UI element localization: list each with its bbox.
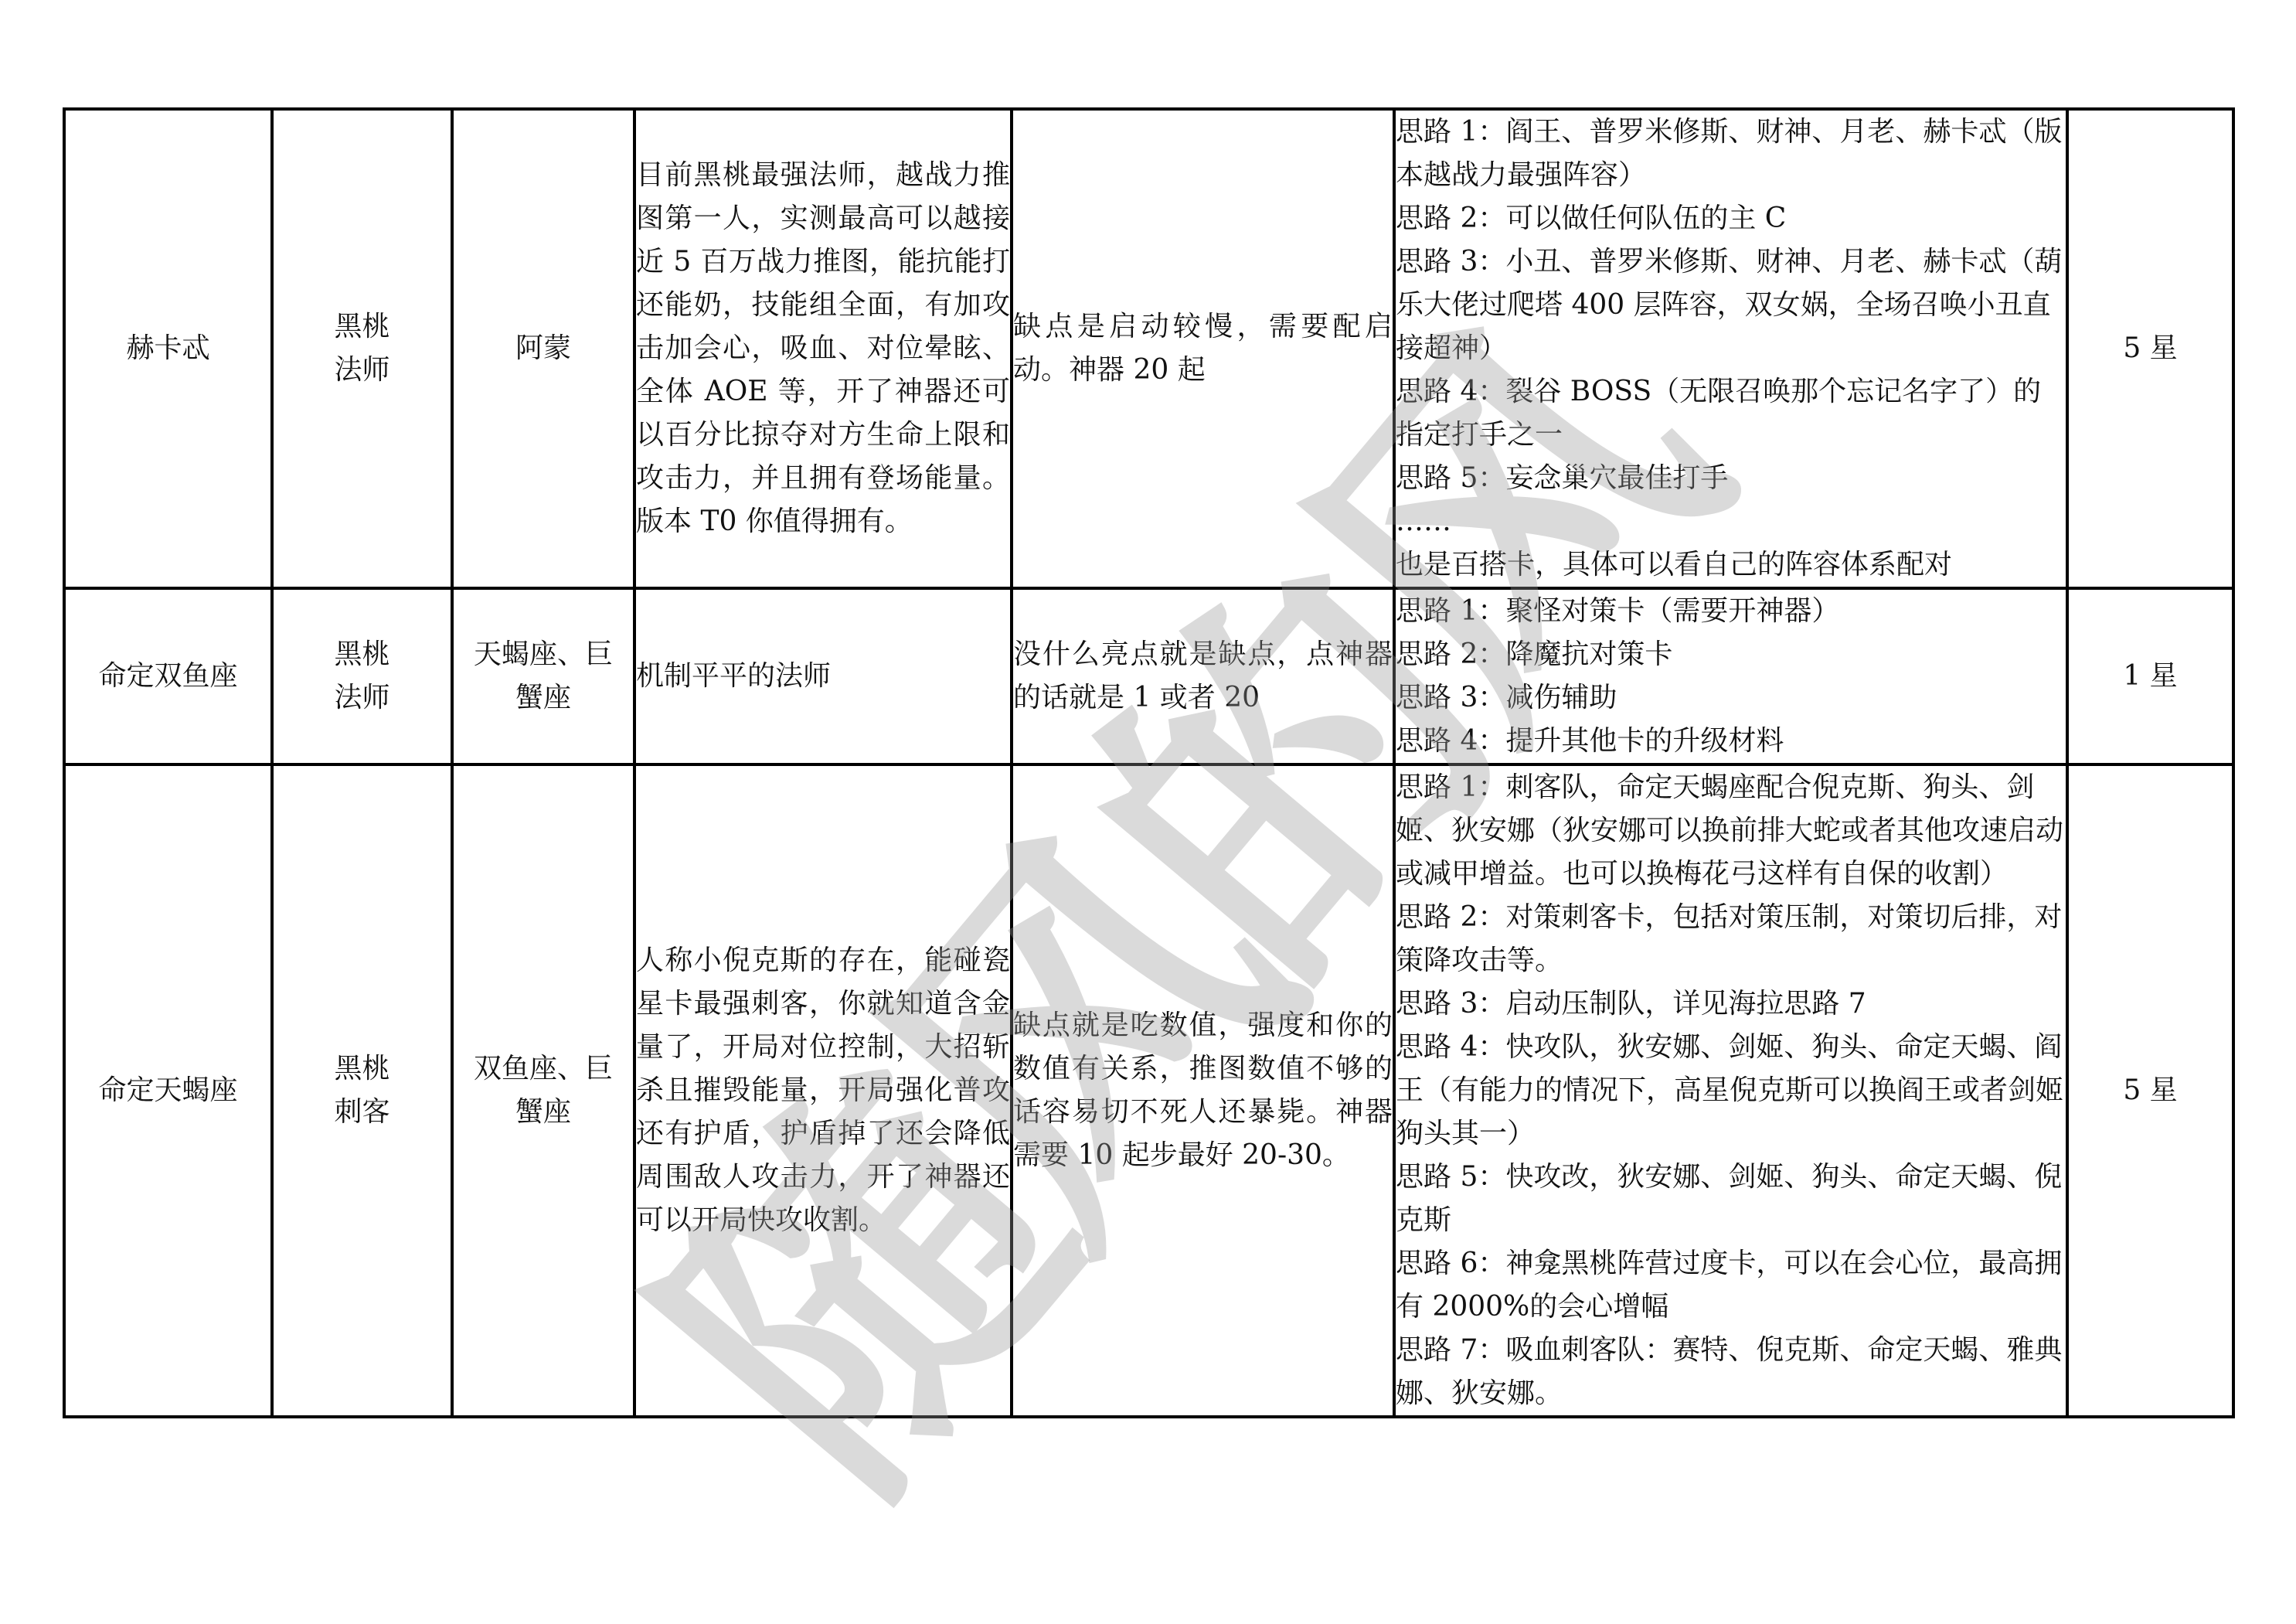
counter-cell: 天蝎座、巨 蟹座 <box>452 588 634 764</box>
idea-line: 也是百搭卡，具体可以看自己的阵容体系配对 <box>1396 543 2066 587</box>
card-name-cell: 赫卡忒 <box>64 109 272 588</box>
weaknesses-cell: 缺点就是吃数值，强度和你的数值有关系，推图数值不够的话容易切不死人还暴毙。神器需… <box>1012 764 1394 1417</box>
card-name-cell: 命定天蝎座 <box>64 764 272 1417</box>
idea-line: 思路 4：提升其他卡的升级材料 <box>1396 720 2066 763</box>
camp-cell: 黑桃 刺客 <box>272 764 452 1417</box>
document-page: 赫卡忒 黑桃 法师 阿蒙 目前黑桃最强法师，越战力推图第一人，实测最高可以越接近… <box>0 0 2296 1624</box>
camp-line: 法师 <box>274 676 451 720</box>
idea-line: 思路 4：裂谷 BOSS（无限召唤那个忘记名字了）的指定打手之一 <box>1396 370 2066 457</box>
idea-line: 思路 1：刺客队，命定天蝎座配合倪克斯、狗头、剑姬、狄安娜（狄安娜可以换前排大蛇… <box>1396 766 2066 896</box>
idea-line: 思路 2：可以做任何队伍的主 C <box>1396 197 2066 240</box>
table-row: 命定双鱼座 黑桃 法师 天蝎座、巨 蟹座 机制平平的法师 没什么亮点就是缺点，点… <box>64 588 2233 764</box>
counter-cell: 双鱼座、巨 蟹座 <box>452 764 634 1417</box>
counter-line: 双鱼座、巨 <box>454 1047 633 1091</box>
table-row: 命定天蝎座 黑桃 刺客 双鱼座、巨 蟹座 人称小倪克斯的存在，能碰瓷星卡最强刺客… <box>64 764 2233 1417</box>
idea-line: 思路 4：快攻队，狄安娜、剑姬、狗头、命定天蝎、阎王（有能力的情况下，高星倪克斯… <box>1396 1026 2066 1156</box>
camp-line: 刺客 <box>274 1091 451 1134</box>
idea-line: 思路 1：聚怪对策卡（需要开神器） <box>1396 590 2066 633</box>
card-name-cell: 命定双鱼座 <box>64 588 272 764</box>
idea-line: 思路 7：吸血刺客队：赛特、倪克斯、命定天蝎、雅典娜、狄安娜。 <box>1396 1329 2066 1415</box>
counter-line: 蟹座 <box>454 1091 633 1134</box>
rating-cell: 5 星 <box>2067 764 2233 1417</box>
strengths-cell: 人称小倪克斯的存在，能碰瓷星卡最强刺客，你就知道含金量了，开局对位控制，大招斩杀… <box>634 764 1012 1417</box>
weaknesses-cell: 没什么亮点就是缺点，点神器的话就是 1 或者 20 <box>1012 588 1394 764</box>
idea-line: 思路 6：神龛黑桃阵营过度卡，可以在会心位，最高拥有 2000%的会心增幅 <box>1396 1242 2066 1329</box>
camp-line: 法师 <box>274 349 451 392</box>
table-row: 赫卡忒 黑桃 法师 阿蒙 目前黑桃最强法师，越战力推图第一人，实测最高可以越接近… <box>64 109 2233 588</box>
camp-line: 黑桃 <box>274 1047 451 1091</box>
ideas-cell: 思路 1：聚怪对策卡（需要开神器） 思路 2：降魔抗对策卡 思路 3：减伤辅助 … <box>1394 588 2067 764</box>
idea-line: 思路 5：快攻改，狄安娜、剑姬、狗头、命定天蝎、倪克斯 <box>1396 1156 2066 1242</box>
idea-line: 思路 5：妄念巢穴最佳打手 <box>1396 457 2066 500</box>
ideas-cell: 思路 1：刺客队，命定天蝎座配合倪克斯、狗头、剑姬、狄安娜（狄安娜可以换前排大蛇… <box>1394 764 2067 1417</box>
rating-cell: 5 星 <box>2067 109 2233 588</box>
card-review-table: 赫卡忒 黑桃 法师 阿蒙 目前黑桃最强法师，越战力推图第一人，实测最高可以越接近… <box>63 107 2235 1418</box>
counter-line: 天蝎座、巨 <box>454 633 633 676</box>
idea-line: 思路 3：小丑、普罗米修斯、财神、月老、赫卡忒（葫乐大佬过爬塔 400 层阵容，… <box>1396 240 2066 370</box>
strengths-cell: 机制平平的法师 <box>634 588 1012 764</box>
counter-line: 阿蒙 <box>454 327 633 370</box>
camp-line: 黑桃 <box>274 633 451 676</box>
counter-line: 蟹座 <box>454 676 633 720</box>
weaknesses-cell: 缺点是启动较慢，需要配启动。神器 20 起 <box>1012 109 1394 588</box>
idea-line: 思路 2：降魔抗对策卡 <box>1396 633 2066 676</box>
idea-line: 思路 1：阎王、普罗米修斯、财神、月老、赫卡忒（版本越战力最强阵容） <box>1396 111 2066 197</box>
camp-cell: 黑桃 法师 <box>272 588 452 764</box>
ideas-cell: 思路 1：阎王、普罗米修斯、财神、月老、赫卡忒（版本越战力最强阵容） 思路 2：… <box>1394 109 2067 588</box>
rating-cell: 1 星 <box>2067 588 2233 764</box>
camp-cell: 黑桃 法师 <box>272 109 452 588</box>
counter-cell: 阿蒙 <box>452 109 634 588</box>
idea-line: 思路 3：启动压制队，详见海拉思路 7 <box>1396 982 2066 1026</box>
idea-line: …… <box>1396 500 2066 543</box>
camp-line: 黑桃 <box>274 305 451 349</box>
idea-line: 思路 2：对策刺客卡，包括对策压制，对策切后排，对策降攻击等。 <box>1396 896 2066 982</box>
strengths-cell: 目前黑桃最强法师，越战力推图第一人，实测最高可以越接近 5 百万战力推图，能抗能… <box>634 109 1012 588</box>
idea-line: 思路 3：减伤辅助 <box>1396 676 2066 720</box>
